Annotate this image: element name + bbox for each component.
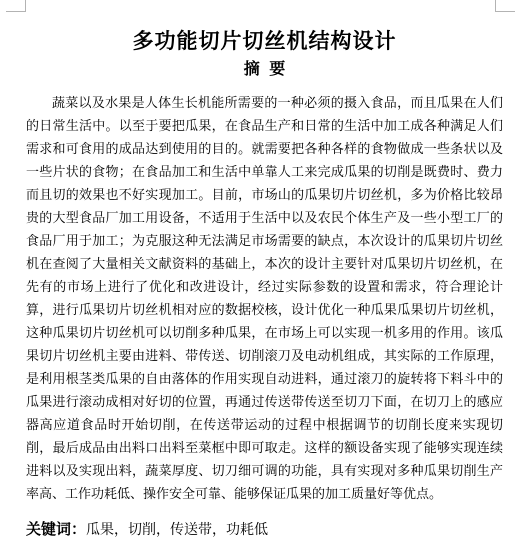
keywords-text: 瓜果，切削，传送带，功耗低 (86, 523, 268, 538)
crop-mark-top-right-horizontal (495, 11, 515, 12)
crop-mark-top-left-vertical (25, 0, 26, 11)
crop-mark-top-right-vertical (495, 0, 496, 11)
keywords-line: 关键词：瓜果，切削，传送带，功耗低 (26, 519, 503, 542)
abstract-paragraph: 蔬菜以及水果是人体生长机能所需要的一种必须的摄入食品，而且瓜果在人们的日常生活中… (26, 91, 503, 505)
keywords-label: 关键词： (26, 521, 86, 538)
document-title: 多功能切片切丝机结构设计 (0, 0, 529, 57)
abstract-heading: 摘 要 (0, 57, 529, 81)
crop-mark-top-left-horizontal (6, 11, 26, 12)
document-page: 多功能切片切丝机结构设计 摘 要 蔬菜以及水果是人体生长机能所需要的一种必须的摄… (0, 0, 529, 545)
